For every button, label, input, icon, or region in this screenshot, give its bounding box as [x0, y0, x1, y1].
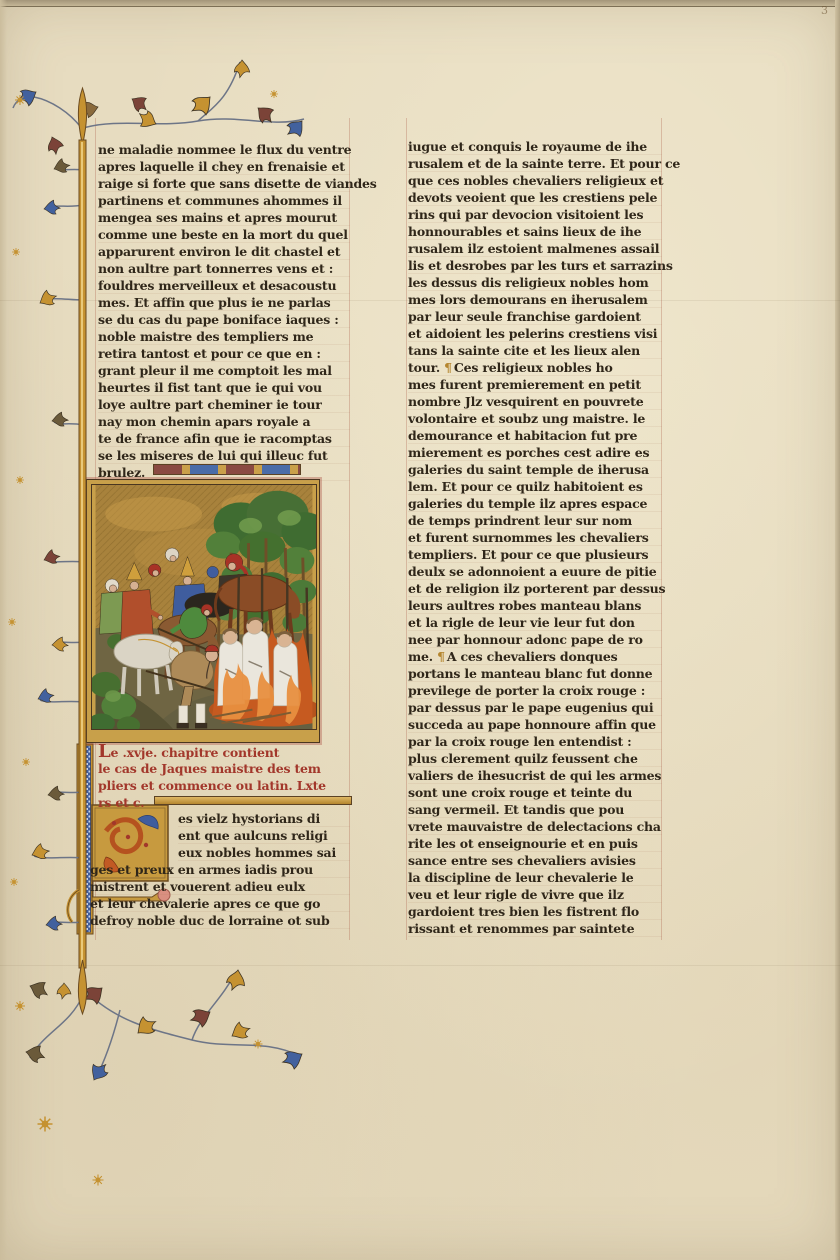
manuscript-text-line: que ces nobles chevaliers religieux et — [408, 172, 662, 189]
manuscript-text-line: Le .xvje. chapitre contient — [98, 744, 350, 761]
manuscript-text-line: rite les ot enseignourie et en puis — [408, 835, 662, 852]
manuscript-text-line: par leur seule franchise gardoient — [408, 308, 662, 325]
manuscript-text-line: rins qui par devocion visitoient les — [408, 206, 662, 223]
manuscript-text-line: ges et preux en armes iadis prou — [90, 861, 350, 878]
manuscript-text-line: lis et desrobes par les turs et sarrazin… — [408, 257, 662, 274]
manuscript-text-line: tour. ¶Ces religieux nobles ho — [408, 359, 662, 376]
manuscript-text-line: et furent surnommes les chevaliers — [408, 529, 662, 546]
manuscript-text-line: galeries du temple ilz apres espace — [408, 495, 662, 512]
manuscript-text-line: ent que aulcuns religi — [178, 827, 350, 844]
paraph-mark: ¶ — [444, 360, 454, 375]
manuscript-text-line: volontaire et soubz ung maistre. le — [408, 410, 662, 427]
manuscript-text-line: vrete mauvaistre de delectacions cha — [408, 818, 662, 835]
paraph-mark: ¶ — [437, 649, 447, 664]
manuscript-text-line: nombre Jlz vesquirent en pouvrete — [408, 393, 662, 410]
manuscript-text-line: te de france afin que ie racomptas — [98, 430, 350, 447]
manuscript-text-line: veu et leur rigle de vivre que ilz — [408, 886, 662, 903]
manuscript-text-line: par la croix rouge len entendist : — [408, 733, 662, 750]
manuscript-text-line: ne maladie nommee le flux du ventre — [98, 141, 350, 158]
manuscript-text-line: se les miseres de lui qui illeuc fut — [98, 447, 350, 464]
manuscript-text-line: gardoient tres bien les fistrent flo — [408, 903, 662, 920]
manuscript-text-line: nee par honnour adonc pape de ro — [408, 631, 662, 648]
manuscript-text-line: loye aultre part cheminer ie tour — [98, 396, 350, 413]
manuscript-text-line: de temps prindrent leur sur nom — [408, 512, 662, 529]
manuscript-text-line: defroy noble duc de lorraine ot sub — [90, 912, 350, 929]
manuscript-text-line: se du cas du pape boniface iaques : — [98, 311, 350, 328]
manuscript-text-line: leurs aultres robes manteau blans — [408, 597, 662, 614]
manuscript-text-line: sang vermeil. Et tandis que pou — [408, 801, 662, 818]
manuscript-text-line: mierement es porches cest adire es — [408, 444, 662, 461]
manuscript-text-line: noble maistre des templiers me — [98, 328, 350, 345]
manuscript-text-line: templiers. Et pour ce que plusieurs — [408, 546, 662, 563]
manuscript-text-line: le cas de Jaques maistre des tem — [98, 761, 350, 778]
manuscript-text-line: plus clerement quilz feussent che — [408, 750, 662, 767]
manuscript-text-line: honnourables et sains lieux de ihe — [408, 223, 662, 240]
manuscript-text-line: devots veoient que les crestiens pele — [408, 189, 662, 206]
manuscript-text-line: non aultre part tonnerres vens et : — [98, 260, 350, 277]
manuscript-text-line: demourance et habitacion fut pre — [408, 427, 662, 444]
manuscript-text-line: comme une beste en la mort du quel — [98, 226, 350, 243]
manuscript-text-line: pliers et commence ou latin. Lxte — [98, 778, 350, 795]
manuscript-text-line: mengea ses mains et apres mourut — [98, 209, 350, 226]
manuscript-text-line: raige si forte que sans disette de viand… — [98, 175, 350, 192]
manuscript-text-line: et leur chevalerie apres ce que go — [90, 895, 350, 912]
manuscript-text-line: apparurent environ le dit chastel et — [98, 243, 350, 260]
manuscript-text-line: tans la sainte cite et les lieux alen — [408, 342, 662, 359]
manuscript-text-line: galeries du saint temple de iherusa — [408, 461, 662, 478]
manuscript-text-line: et de religion ilz porterent par dessus — [408, 580, 662, 597]
manuscript-text-line: heurtes il fist tant que ie qui vou — [98, 379, 350, 396]
manuscript-text-line: valiers de ihesucrist de qui les armes — [408, 767, 662, 784]
manuscript-text-line: apres laquelle il chey en frenaisie et — [98, 158, 350, 175]
manuscript-text-line: et la rigle de leur vie leur fut don — [408, 614, 662, 631]
manuscript-text-line: rusalem ilz estoient malmenes assail — [408, 240, 662, 257]
manuscript-text-line: sance entre ses chevaliers avisies — [408, 852, 662, 869]
manuscript-text-line: succeda au pape honnoure affin que — [408, 716, 662, 733]
manuscript-text-line: par dessus par le pape eugenius qui — [408, 699, 662, 716]
manuscript-text-line: previlege de porter la croix rouge : — [408, 682, 662, 699]
manuscript-text-line: et aidoient les pelerins crestiens visi — [408, 325, 662, 342]
chapter-rubric: Le .xvje. chapitre contientle cas de Jaq… — [98, 744, 350, 812]
manuscript-text-line: lem. Et pour ce quilz habitoient es — [408, 478, 662, 495]
manuscript-text-line: la discipline de leur chevalerie le — [408, 869, 662, 886]
manuscript-text-line: rissant et renommes par saintete — [408, 920, 662, 937]
left-column-text-upper: ne maladie nommee le flux du ventreapres… — [98, 141, 350, 481]
manuscript-page: 3 — [0, 0, 840, 1260]
manuscript-text-line: les dessus dis religieux nobles hom — [408, 274, 662, 291]
manuscript-text-line: es vielz hystorians di — [178, 810, 350, 827]
manuscript-text-line: mistrent et vouerent adieu eulx — [90, 878, 350, 895]
manuscript-text-line: rusalem et de la sainte terre. Et pour c… — [408, 155, 662, 172]
manuscript-text-line: mes furent premierement en petit — [408, 376, 662, 393]
manuscript-text-line: eux nobles hommes sai — [178, 844, 350, 861]
manuscript-text-line: mes lors demourans en iherusalem — [408, 291, 662, 308]
manuscript-text-line: fouldres merveilleux et desacoustu — [98, 277, 350, 294]
manuscript-text-line: sont une croix rouge et teinte du — [408, 784, 662, 801]
manuscript-text-line: grant pleur il me comptoit les mal — [98, 362, 350, 379]
manuscript-text-line: portans le manteau blanc fut donne — [408, 665, 662, 682]
manuscript-text-line: retira tantost et pour ce que en : — [98, 345, 350, 362]
left-column-text-beside-initial: es vielz hystorians dient que aulcuns re… — [178, 810, 350, 861]
manuscript-text-line: brulez. — [98, 464, 350, 481]
manuscript-text-line: iugue et conquis le royaume de ihe — [408, 138, 662, 155]
manuscript-text-line: deulx se adonnoient a euure de pitie — [408, 563, 662, 580]
border-gold-bar — [68, 88, 87, 1014]
manuscript-text-line: partinens et communes ahommes il — [98, 192, 350, 209]
left-column-text-lower: ges et preux en armes iadis proumistrent… — [90, 861, 350, 929]
manuscript-text-line: me. ¶A ces chevaliers donques — [408, 648, 662, 665]
manuscript-text-line: nay mon chemin apars royale a — [98, 413, 350, 430]
right-column-text: iugue et conquis le royaume de iherusale… — [408, 138, 662, 937]
manuscript-text-line: mes. Et affin que plus ie ne parlas — [98, 294, 350, 311]
